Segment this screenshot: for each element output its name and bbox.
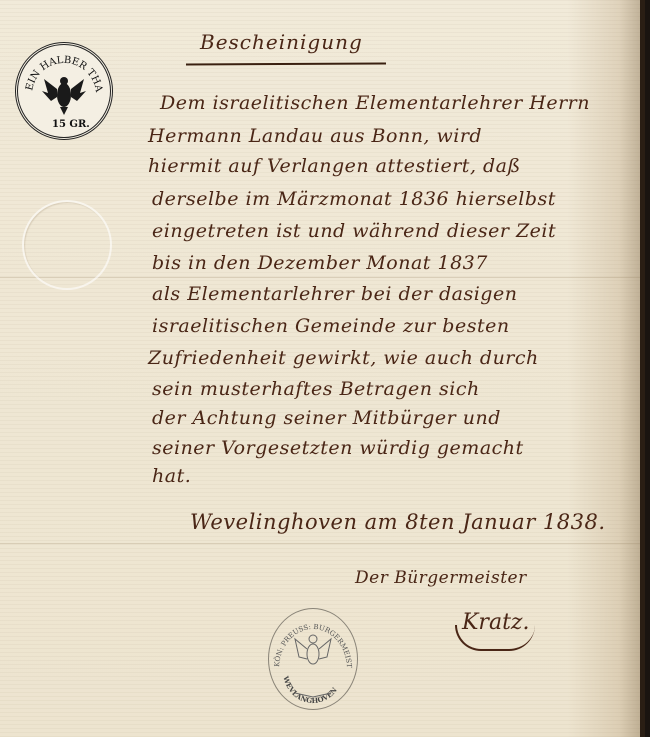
- body-line: seiner Vorgesetzten würdig gemacht: [152, 437, 524, 459]
- body-line: hat.: [152, 465, 191, 487]
- body-line: derselbe im Märzmonat 1836 hierselbst: [152, 188, 556, 210]
- body-line: israelitischen Gemeinde zur besten: [152, 315, 510, 337]
- body-line: sein musterhaftes Betragen sich: [152, 378, 480, 400]
- body-line: Zufriedenheit gewirkt, wie auch durch: [148, 347, 539, 369]
- place-date: Wevelinghoven am 8ten Januar 1838.: [190, 510, 606, 534]
- body-line: als Elementarlehrer bei der dasigen: [152, 283, 517, 305]
- blind-embossed-seal: [22, 200, 112, 290]
- body-line: Hermann Landau aus Bonn, wird: [148, 125, 482, 147]
- seal-top-text: KÖN: PREUSS: BURGERMEISTEREI: [269, 609, 353, 669]
- body-line: hiermit auf Verlangen attestiert, daß: [148, 155, 521, 177]
- svg-text:KÖN: PREUSS: BURGERMEISTEREI: KÖN: PREUSS: BURGERMEISTEREI: [269, 609, 353, 669]
- body-line: bis in den Dezember Monat 1837: [152, 252, 488, 274]
- document-page: EIN HALBER THALER 15 GR. Bescheinigung D…: [0, 0, 645, 737]
- page-edge-shadow: [640, 0, 645, 737]
- fold-line: [0, 543, 645, 544]
- official-seal: KÖN: PREUSS: BURGERMEISTEREI WEVLANGHOVE…: [268, 608, 358, 710]
- eagle-icon: EIN HALBER THALER 15 GR.: [18, 45, 110, 137]
- body-line: der Achtung seiner Mitbürger und: [152, 407, 501, 429]
- svg-text:WEVLANGHOVEN: WEVLANGHOVEN: [281, 674, 339, 705]
- closing-title: Der Bürgermeister: [355, 568, 527, 588]
- stamp-bottom-text: 15 GR.: [52, 119, 90, 130]
- revenue-stamp: EIN HALBER THALER 15 GR.: [15, 42, 113, 140]
- seal-place-text: WEVLANGHOVEN: [281, 674, 339, 705]
- document-title: Bescheinigung: [200, 30, 363, 54]
- seal-eagle-icon: KÖN: PREUSS: BURGERMEISTEREI WEVLANGHOVE…: [269, 609, 357, 709]
- body-line: eingetreten ist und während dieser Zeit: [152, 220, 556, 242]
- body-line: Dem israelitischen Elementarlehrer Herrn: [160, 92, 590, 114]
